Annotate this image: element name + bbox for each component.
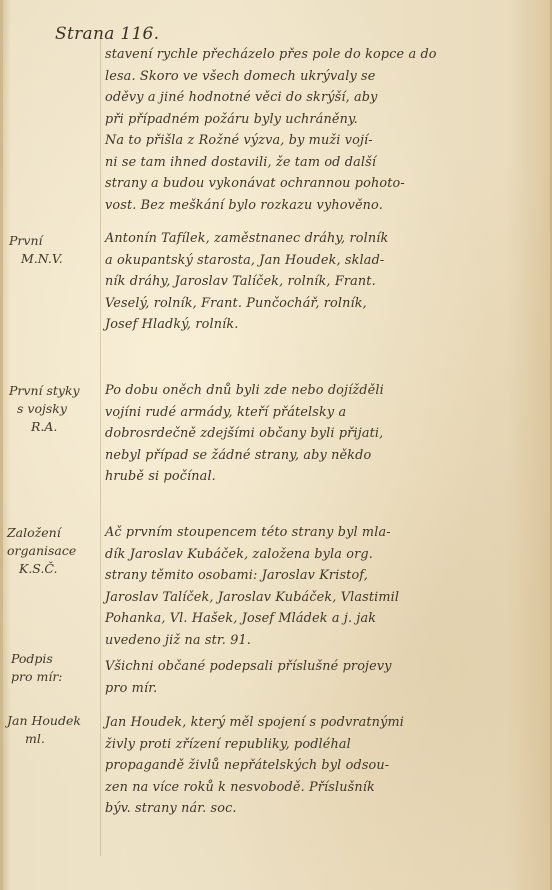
- text-line: Všichni občané podepsali příslušné proje…: [105, 656, 525, 678]
- chronicle-page: Strana 116. stavení rychle přecházelo př…: [0, 0, 552, 890]
- text-line: uvedeno již na str. 91.: [105, 630, 525, 652]
- margin-note: První M.N.V.: [9, 232, 99, 268]
- text-line: býv. strany nár. soc.: [105, 798, 525, 820]
- entry-body: stavení rychle přecházelo přes pole do k…: [105, 44, 525, 216]
- entry-body: Všichni občané podepsali příslušné proje…: [105, 656, 525, 699]
- text-line: vojíni rudé armády, kteří přátelsky a: [105, 402, 525, 424]
- text-line: propagandě živlů nepřátelských byl odsou…: [105, 755, 525, 777]
- text-line: strany těmito osobami: Jaroslav Kristof,: [105, 565, 525, 587]
- text-line: Jaroslav Talíček, Jaroslav Kubáček, Vlas…: [105, 587, 525, 609]
- text-line: dobrosrdečně zdejšími občany byli přijat…: [105, 423, 525, 445]
- margin-note: První styky s vojsky R.A.: [9, 382, 99, 436]
- margin-note-line: M.N.V.: [9, 250, 99, 268]
- margin-note-line: R.A.: [9, 418, 99, 436]
- text-line: Antonín Tafílek, zaměstnanec dráhy, roln…: [105, 228, 525, 250]
- text-line: a okupantský starosta, Jan Houdek, sklad…: [105, 250, 525, 272]
- margin-note-line: K.S.Č.: [7, 560, 97, 578]
- text-line: dík Jaroslav Kubáček, založena byla org.: [105, 544, 525, 566]
- text-line: při případném požáru byly uchráněny.: [105, 109, 525, 131]
- text-line: Jan Houdek, který měl spojení s podvratn…: [105, 712, 525, 734]
- margin-note-line: Podpis: [11, 650, 101, 668]
- margin-note-line: Založení: [7, 524, 97, 542]
- text-line: ni se tam ihned dostavili, že tam od dal…: [105, 152, 525, 174]
- margin-note: Založení organisace K.S.Č.: [7, 524, 97, 578]
- margin-note: Podpis pro mír:: [11, 650, 101, 686]
- entry-body: Antonín Tafílek, zaměstnanec dráhy, roln…: [105, 228, 525, 336]
- text-line: Pohanka, Vl. Hašek, Josef Mládek a j. ja…: [105, 608, 525, 630]
- text-line: strany a budou vykonávat ochrannou pohot…: [105, 173, 525, 195]
- margin-note-line: pro mír:: [11, 668, 101, 686]
- text-line: pro mír.: [105, 678, 525, 700]
- text-line: hrubě si počínal.: [105, 466, 525, 488]
- text-line: stavení rychle přecházelo přes pole do k…: [105, 44, 525, 66]
- text-line: Ač prvním stoupencem této strany byl mla…: [105, 522, 525, 544]
- text-line: Na to přišla z Rožné výzva, by muži vojí…: [105, 130, 525, 152]
- text-line: zen na více roků k nesvobodě. Příslušník: [105, 777, 525, 799]
- entry-body: Jan Houdek, který měl spojení s podvratn…: [105, 712, 525, 820]
- margin-note-line: První styky: [9, 382, 99, 400]
- margin-rule: [100, 36, 101, 856]
- text-line: oděvy a jiné hodnotné věci do skrýší, ab…: [105, 87, 525, 109]
- text-line: Josef Hladký, rolník.: [105, 314, 525, 336]
- text-line: Veselý, rolník, Frant. Punčochář, rolník…: [105, 293, 525, 315]
- text-line: ník dráhy, Jaroslav Talíček, rolník, Fra…: [105, 271, 525, 293]
- page-number: Strana 116.: [55, 24, 159, 44]
- margin-note-line: s vojsky: [9, 400, 99, 418]
- margin-note-line: organisace: [7, 542, 97, 560]
- margin-note-line: Jan Houdek: [7, 712, 97, 730]
- margin-note-line: První: [9, 232, 99, 250]
- margin-note: Jan Houdek ml.: [7, 712, 97, 748]
- text-line: lesa. Skoro ve všech domech ukrývaly se: [105, 66, 525, 88]
- margin-note-line: ml.: [7, 730, 97, 748]
- entry-body: Ač prvním stoupencem této strany byl mla…: [105, 522, 525, 651]
- text-line: živly proti zřízení republiky, podléhal: [105, 734, 525, 756]
- text-line: nebyl případ se žádné strany, aby někdo: [105, 445, 525, 467]
- entry-body: Po dobu oněch dnů byli zde nebo dojížděl…: [105, 380, 525, 488]
- text-line: Po dobu oněch dnů byli zde nebo dojížděl…: [105, 380, 525, 402]
- text-line: vost. Bez meškání bylo rozkazu vyhověno.: [105, 195, 525, 217]
